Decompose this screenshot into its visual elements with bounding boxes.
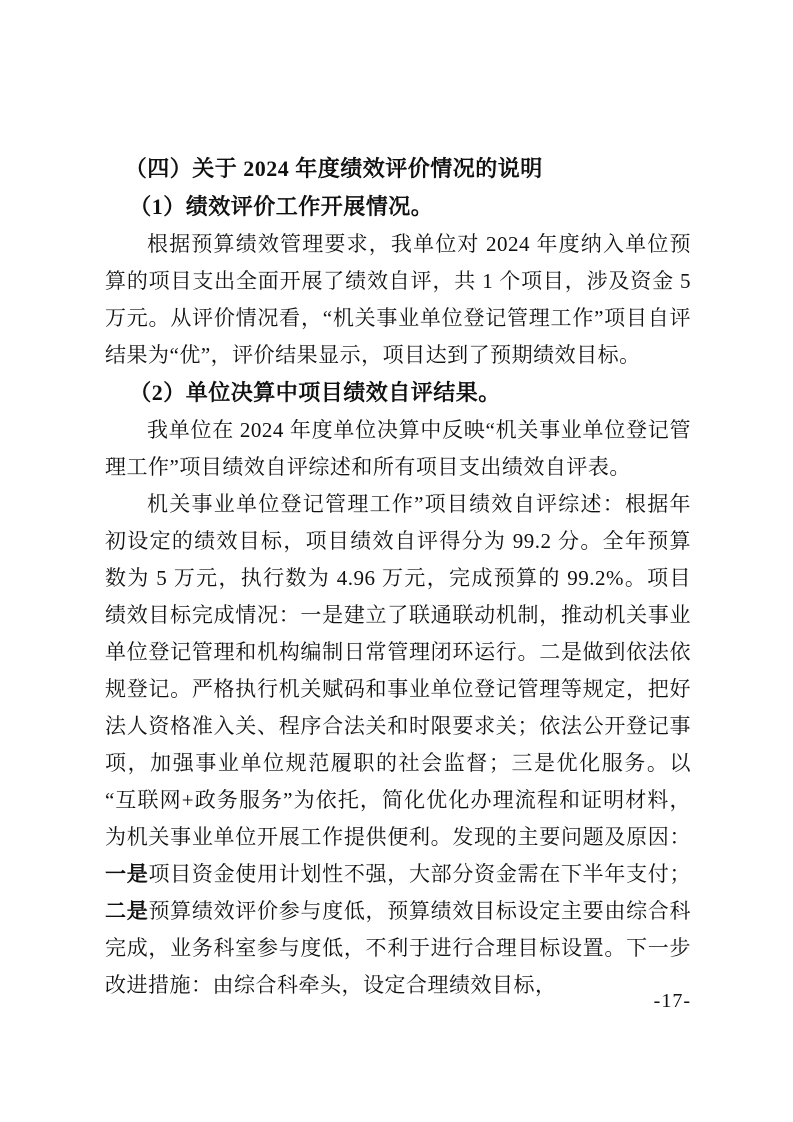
paragraph-evaluation-overview: 根据预算绩效管理要求，我单位对 2024 年度纳入单位预算的项目支出全面开展了绩… [105,226,691,374]
document-content: （四）关于 2024 年度绩效评价情况的说明 （1）绩效评价工作开展情况。 根据… [105,150,691,1004]
paragraph-final-accounts-reflection: 我单位在 2024 年度单位决算中反映“机关事业单位登记管理工作”项目绩效自评综… [105,412,691,486]
subheading-performance-evaluation-work: （1）绩效评价工作开展情况。 [105,188,691,226]
document-page: （四）关于 2024 年度绩效评价情况的说明 （1）绩效评价工作开展情况。 根据… [0,0,793,1122]
section-heading: （四）关于 2024 年度绩效评价情况的说明 [105,150,691,188]
page-number: -17- [105,990,691,1013]
subheading-self-evaluation-results: （2）单位决算中项目绩效自评结果。 [105,374,691,412]
paragraph-project-self-evaluation-summary: 机关事业单位登记管理工作”项目绩效自评综述：根据年初设定的绩效目标，项目绩效自评… [105,486,691,1004]
